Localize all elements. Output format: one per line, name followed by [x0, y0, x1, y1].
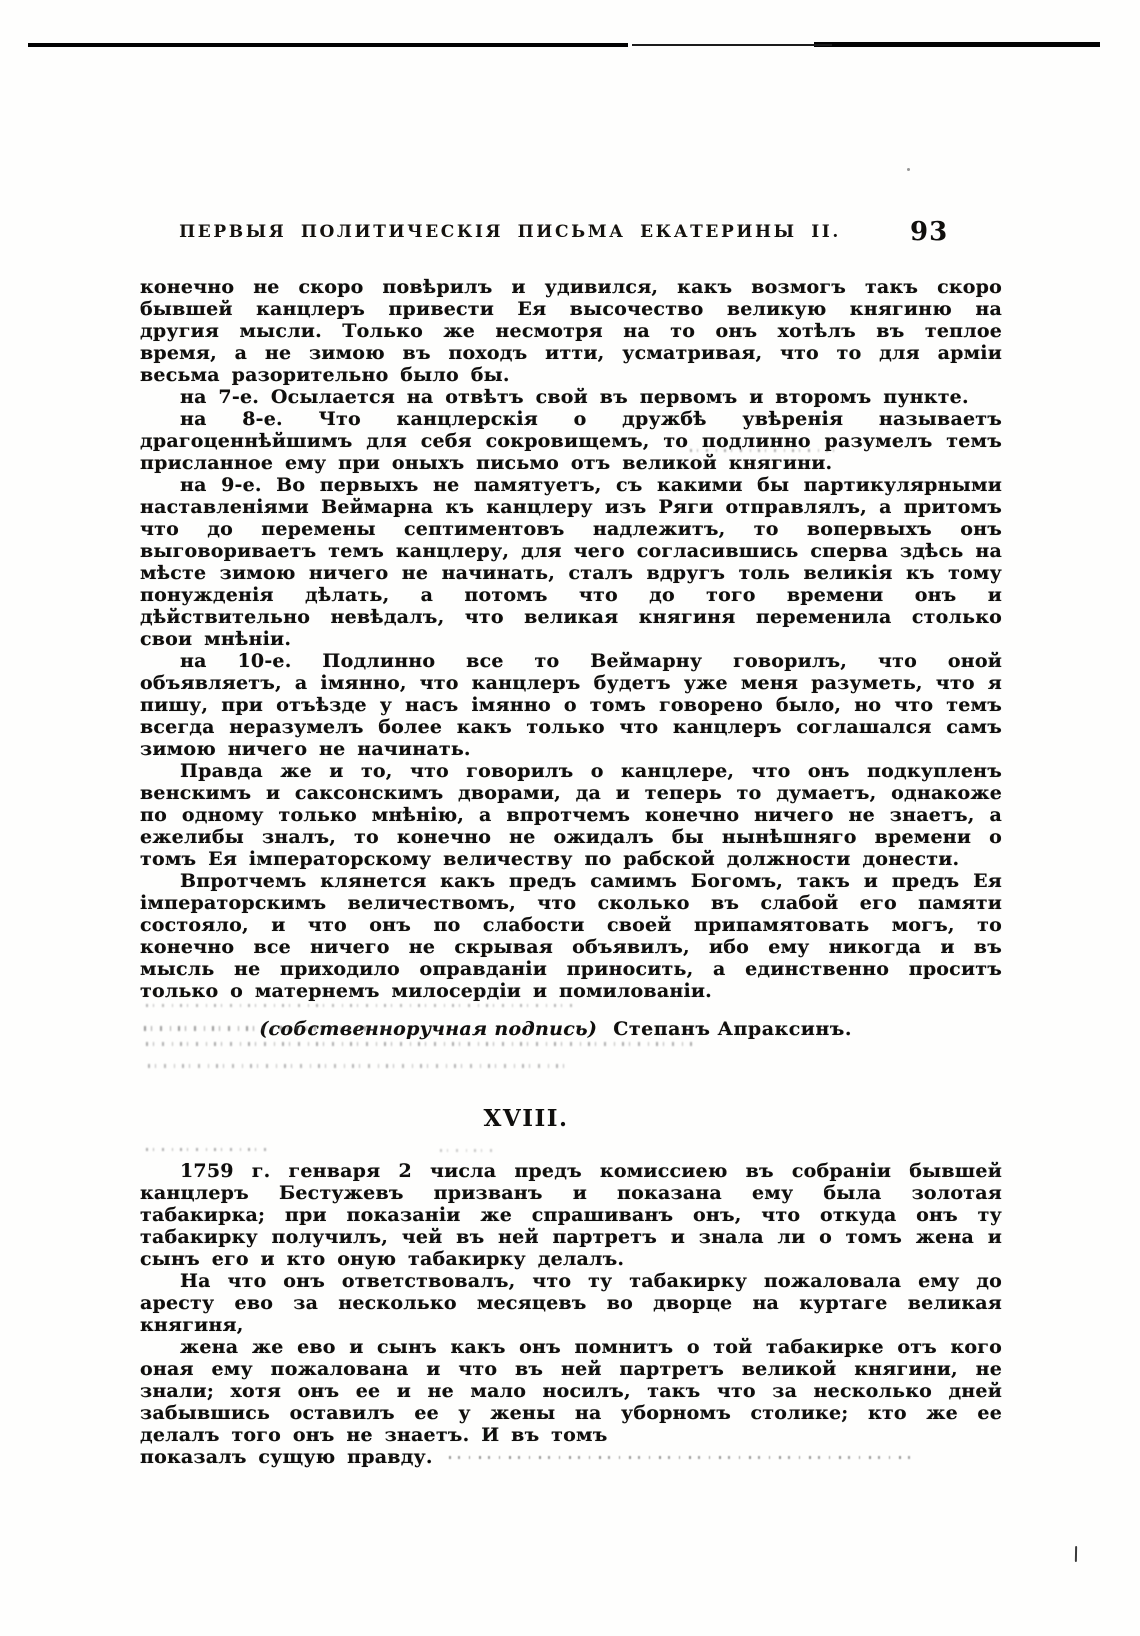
bleed-through-artifact [690, 449, 835, 452]
margin-tick-artifact [1075, 1546, 1077, 1562]
paragraph-point-7: на 7-е. Осылается на отвѣтъ свой въ перв… [140, 386, 1002, 408]
bleed-through-zone [140, 1040, 1002, 1060]
signature-name: Степанъ Апраксинъ. [613, 1018, 852, 1040]
bleed-through-artifact [449, 1456, 919, 1459]
bleed-through-artifact [146, 1148, 266, 1151]
section-paragraph-2: На что онъ ответствовалъ, что ту табакир… [140, 1270, 1002, 1336]
paragraph-point-10: на 10-е. Подлинно все то Веймарну говори… [140, 650, 1002, 760]
text-column: конечно не скоро повѣрилъ и удивился, ка… [140, 276, 1002, 1468]
page-number: 93 [910, 217, 948, 247]
scanned-book-page: ПЕРВЫЯ ПОЛИТИЧЕСКІЯ ПИСЬМА ЕКАТЕРИНЫ II.… [0, 0, 1140, 1636]
section-paragraph-3: жена же ево и сынъ какъ онъ помнитъ о то… [140, 1336, 1002, 1446]
running-header: ПЕРВЫЯ ПОЛИТИЧЕСКІЯ ПИСЬМА ЕКАТЕРИНЫ II. [140, 222, 1000, 242]
paragraph-point-9: на 9-е. Во первыхъ не памятуетъ, съ каки… [140, 474, 1002, 650]
bleed-through-artifact [146, 1004, 576, 1007]
paragraph-continuation: конечно не скоро повѣрилъ и удивился, ка… [140, 276, 1002, 386]
bleed-through-artifact [440, 1149, 500, 1152]
paragraph-point-8: на 8-е. Что канцлерскія о дружбѣ увѣрені… [140, 408, 1002, 474]
section-last-line: показалъ сущую правду. [140, 1446, 1002, 1468]
section-paragraph-1: 1759 г. генваря 2 числа предъ комиссиею … [140, 1160, 1002, 1270]
bleed-through-zone [140, 1132, 1002, 1160]
bleed-through-artifact [148, 1064, 568, 1068]
stray-ink-dot [907, 168, 910, 171]
paragraph-oath: Впротчемъ клянется какъ предъ самимъ Бог… [140, 870, 1002, 1002]
signature-line: (собственноручная подпись) Степанъ Апрак… [140, 1018, 1002, 1040]
page-top-rule-artifact [28, 42, 1100, 48]
bleed-through-artifact [144, 1026, 394, 1031]
section-heading: XVIII. [95, 1106, 957, 1132]
last-line-text: показалъ сущую правду. [140, 1446, 433, 1468]
running-header-title: ПЕРВЫЯ ПОЛИТИЧЕСКІЯ ПИСЬМА ЕКАТЕРИНЫ II. [179, 222, 841, 242]
bleed-through-artifact [146, 1042, 696, 1046]
paragraph-pravda: Правда же и то, что говорилъ о канцлере,… [140, 760, 1002, 870]
